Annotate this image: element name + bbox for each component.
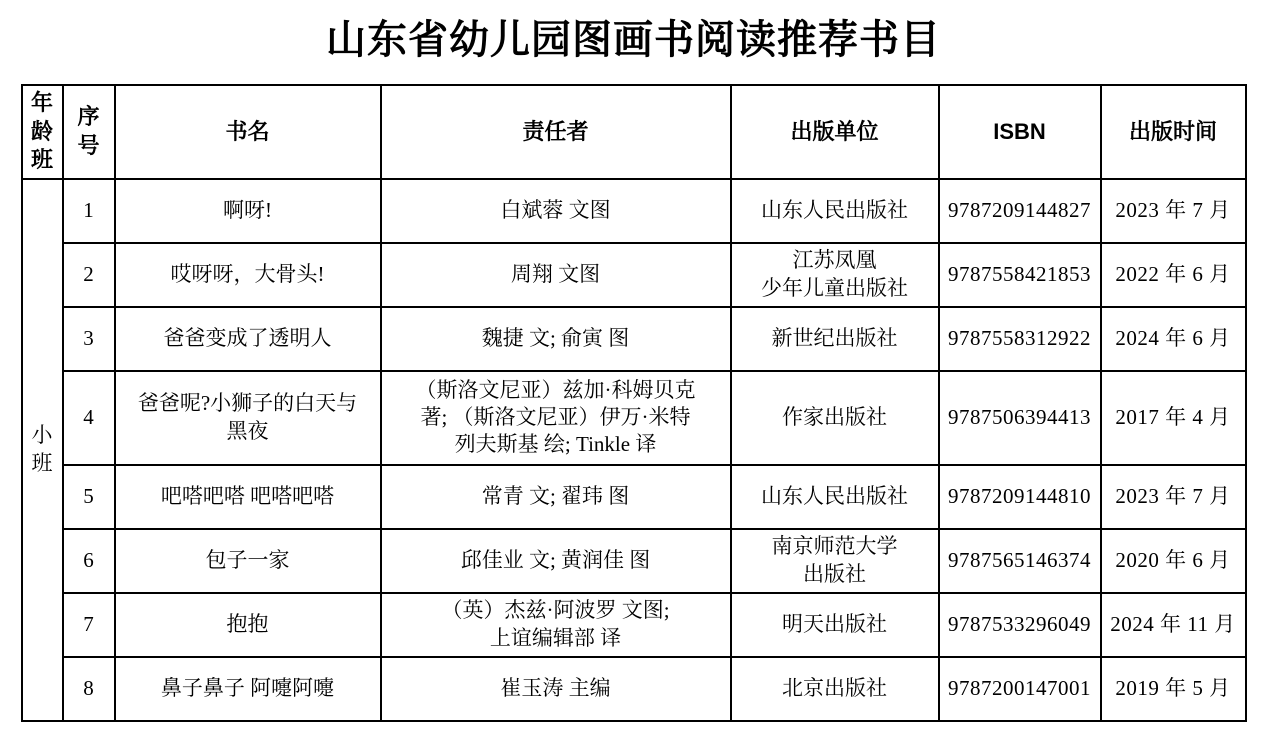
cell-index: 3: [63, 307, 115, 371]
cell-book-title: 啊呀!: [115, 179, 381, 243]
col-header-age-class: 年龄班: [22, 85, 63, 179]
cell-author: （英）杰兹·阿波罗 文图; 上谊编辑部 译: [381, 593, 731, 657]
cell-pub-date: 2017 年 4 月: [1101, 371, 1246, 465]
document-title: 山东省幼儿园图画书阅读推荐书目: [0, 12, 1267, 68]
table-row: 3 爸爸变成了透明人 魏捷 文; 俞寅 图 新世纪出版社 97875583129…: [22, 307, 1246, 371]
cell-author: 周翔 文图: [381, 243, 731, 307]
cell-author: 常青 文; 翟玮 图: [381, 465, 731, 529]
table-row: 4 爸爸呢?小狮子的白天与 黑夜 （斯洛文尼亚）兹加·科姆贝克 著; （斯洛文尼…: [22, 371, 1246, 465]
cell-book-title: 鼻子鼻子 阿嚏阿嚏: [115, 657, 381, 721]
cell-author: （斯洛文尼亚）兹加·科姆贝克 著; （斯洛文尼亚）伊万·米特 列夫斯基 绘; T…: [381, 371, 731, 465]
cell-author: 白斌蓉 文图: [381, 179, 731, 243]
document-page: 山东省幼儿园图画书阅读推荐书目 年龄班 序号 书名 责任者 出版单位 ISBN …: [0, 0, 1267, 743]
cell-book-title: 抱抱: [115, 593, 381, 657]
col-header-index-label: 序号: [77, 103, 100, 160]
cell-author: 魏捷 文; 俞寅 图: [381, 307, 731, 371]
cell-pub-date: 2024 年 6 月: [1101, 307, 1246, 371]
cell-publisher: 新世纪出版社: [731, 307, 939, 371]
cell-index: 7: [63, 593, 115, 657]
cell-pub-date: 2019 年 5 月: [1101, 657, 1246, 721]
table-row: 6 包子一家 邱佳业 文; 黄润佳 图 南京师范大学 出版社 978756514…: [22, 529, 1246, 593]
cell-publisher: 南京师范大学 出版社: [731, 529, 939, 593]
table-row: 小班 1 啊呀! 白斌蓉 文图 山东人民出版社 9787209144827 20…: [22, 179, 1246, 243]
cell-index: 6: [63, 529, 115, 593]
cell-isbn: 9787209144827: [939, 179, 1101, 243]
col-header-book-title: 书名: [115, 85, 381, 179]
cell-book-title: 包子一家: [115, 529, 381, 593]
cell-publisher: 江苏凤凰 少年儿童出版社: [731, 243, 939, 307]
book-list-table: 年龄班 序号 书名 责任者 出版单位 ISBN 出版时间 小班 1 啊呀! 白斌…: [21, 84, 1247, 722]
table-row: 2 哎呀呀，大骨头! 周翔 文图 江苏凤凰 少年儿童出版社 9787558421…: [22, 243, 1246, 307]
cell-author: 崔玉涛 主编: [381, 657, 731, 721]
cell-isbn: 9787565146374: [939, 529, 1101, 593]
cell-index: 8: [63, 657, 115, 721]
cell-publisher: 作家出版社: [731, 371, 939, 465]
cell-index: 2: [63, 243, 115, 307]
cell-index: 5: [63, 465, 115, 529]
cell-book-title: 哎呀呀，大骨头!: [115, 243, 381, 307]
col-header-index: 序号: [63, 85, 115, 179]
cell-pub-date: 2024 年 11 月: [1101, 593, 1246, 657]
cell-book-title: 吧嗒吧嗒 吧嗒吧嗒: [115, 465, 381, 529]
cell-isbn: 9787209144810: [939, 465, 1101, 529]
cell-isbn: 9787506394413: [939, 371, 1101, 465]
cell-author: 邱佳业 文; 黄润佳 图: [381, 529, 731, 593]
col-header-publisher: 出版单位: [731, 85, 939, 179]
col-header-age-class-label: 年龄班: [30, 89, 53, 175]
cell-isbn: 9787533296049: [939, 593, 1101, 657]
cell-publisher: 北京出版社: [731, 657, 939, 721]
cell-pub-date: 2023 年 7 月: [1101, 179, 1246, 243]
cell-age-class: 小班: [22, 179, 63, 721]
col-header-author: 责任者: [381, 85, 731, 179]
cell-publisher: 明天出版社: [731, 593, 939, 657]
cell-isbn: 9787558421853: [939, 243, 1101, 307]
cell-isbn: 9787558312922: [939, 307, 1101, 371]
cell-index: 4: [63, 371, 115, 465]
table-row: 7 抱抱 （英）杰兹·阿波罗 文图; 上谊编辑部 译 明天出版社 9787533…: [22, 593, 1246, 657]
table-header-row: 年龄班 序号 书名 责任者 出版单位 ISBN 出版时间: [22, 85, 1246, 179]
cell-publisher: 山东人民出版社: [731, 465, 939, 529]
col-header-isbn: ISBN: [939, 85, 1101, 179]
col-header-pub-date: 出版时间: [1101, 85, 1246, 179]
cell-pub-date: 2020 年 6 月: [1101, 529, 1246, 593]
cell-pub-date: 2022 年 6 月: [1101, 243, 1246, 307]
cell-isbn: 9787200147001: [939, 657, 1101, 721]
cell-index: 1: [63, 179, 115, 243]
cell-pub-date: 2023 年 7 月: [1101, 465, 1246, 529]
table-body: 小班 1 啊呀! 白斌蓉 文图 山东人民出版社 9787209144827 20…: [22, 179, 1246, 721]
cell-publisher: 山东人民出版社: [731, 179, 939, 243]
table-row: 5 吧嗒吧嗒 吧嗒吧嗒 常青 文; 翟玮 图 山东人民出版社 978720914…: [22, 465, 1246, 529]
age-class-label: 小班: [31, 422, 53, 477]
cell-book-title: 爸爸呢?小狮子的白天与 黑夜: [115, 371, 381, 465]
cell-book-title: 爸爸变成了透明人: [115, 307, 381, 371]
table-row: 8 鼻子鼻子 阿嚏阿嚏 崔玉涛 主编 北京出版社 9787200147001 2…: [22, 657, 1246, 721]
